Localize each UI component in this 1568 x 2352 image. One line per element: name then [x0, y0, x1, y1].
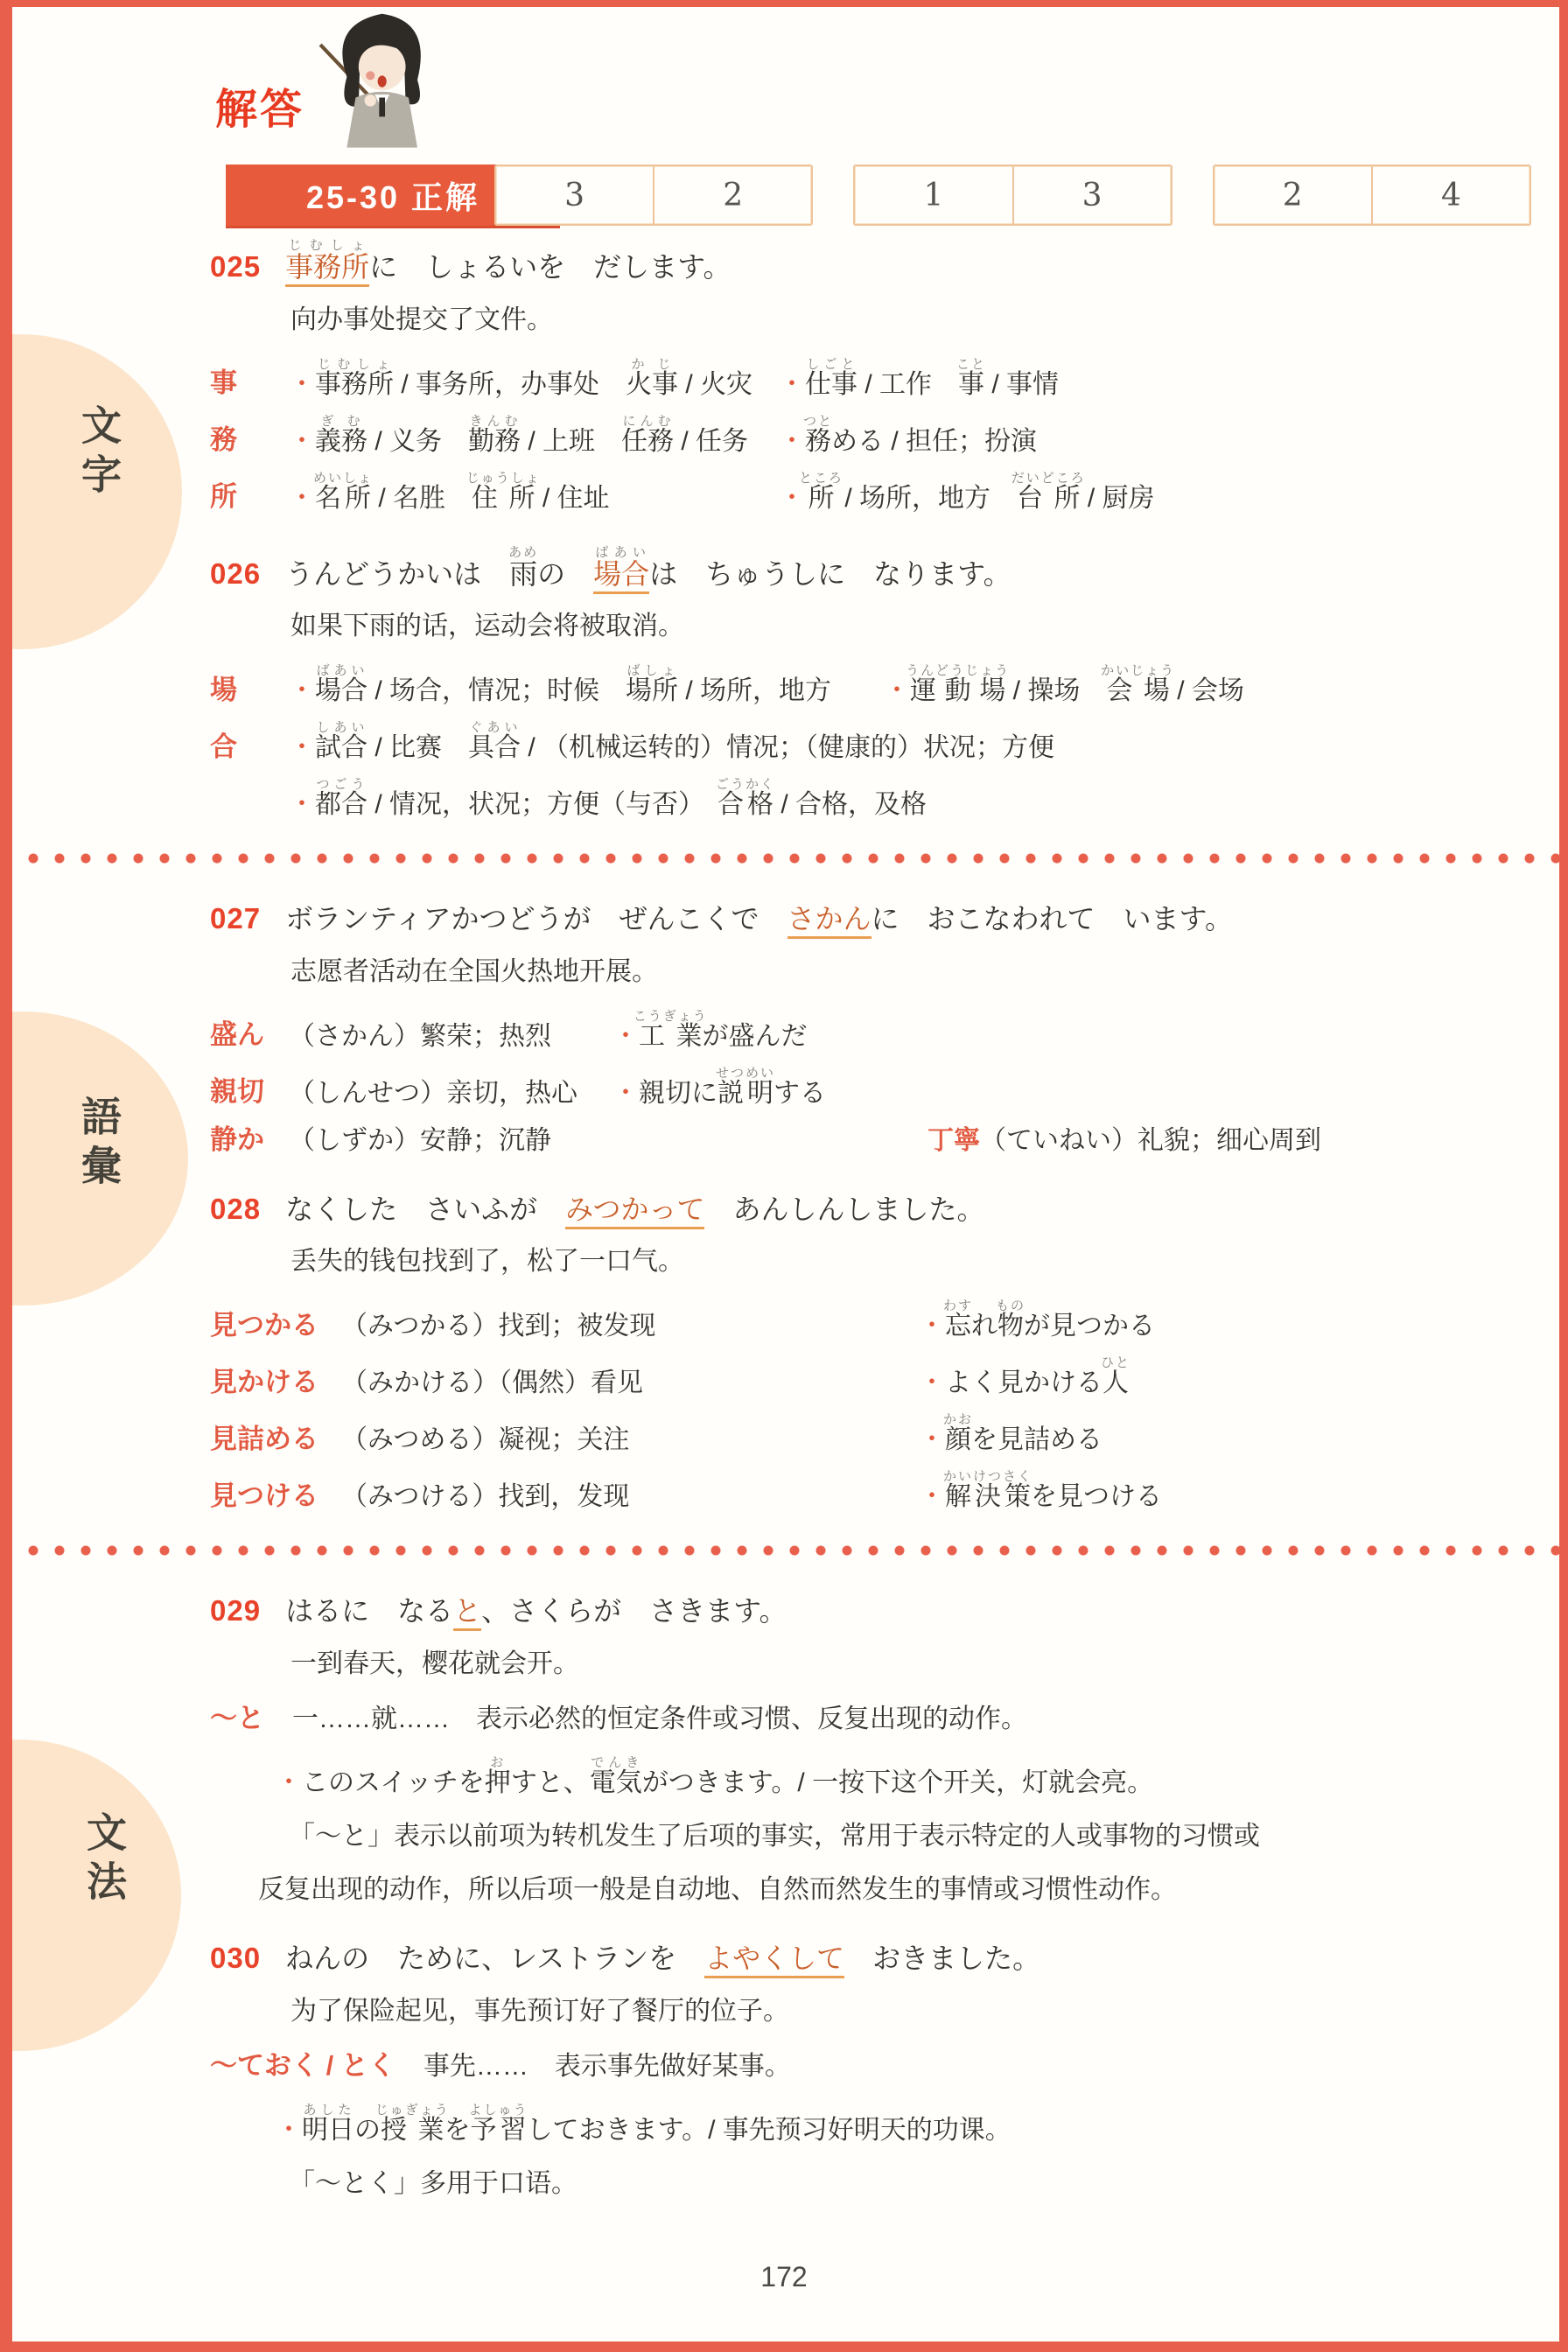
entry-cell: （みかける）（偶然）看见	[341, 1366, 919, 1400]
question-line: 028なくした さいふが みつかって あんしんしました。	[210, 1187, 1533, 1231]
entry-cell: （しんせつ）亲切，热心	[289, 1076, 612, 1110]
entry-label: ～と	[210, 1701, 264, 1736]
section-028: 028なくした さいふが みつかって あんしんしました。丢失的钱包找到了，松了一…	[210, 1187, 1533, 1515]
text-segment: 一……就…… 表示必然的恒定条件或习惯、反复出现的动作。	[292, 1704, 1027, 1733]
text-segment: / 义务	[367, 427, 468, 456]
text-segment: 押お	[485, 1768, 511, 1797]
text-segment: 火事かじ	[626, 370, 678, 399]
mouth	[378, 75, 387, 87]
entry-row: 見つかる（みつかる）找到；被发现・忘わすれ物ものが見つかる	[210, 1298, 1533, 1343]
text-segment: / 住址	[535, 484, 610, 513]
answer-group: 32	[494, 164, 813, 226]
text-segment: 明日あした	[302, 2116, 354, 2145]
content: 025事務所じむしょに しょるいを だします。向办事处提交了文件。事・事務所じむ…	[210, 238, 1533, 2230]
text-segment: （さかん）繁荣；热烈	[289, 1022, 551, 1051]
entry-row: 静か（しずか）安静；沉静丁寧（ていねい）礼貌；细心周到	[210, 1123, 1533, 1158]
entry-label: 盛ん	[210, 1018, 289, 1053]
entry-label: 見つける	[210, 1479, 341, 1514]
entry-label: 所	[210, 479, 289, 514]
entry-label: 事	[210, 366, 289, 401]
entry-row: ・都合つごう / 情况，状况；方便（与否） 合格ごうかく / 合格，及格	[210, 777, 1533, 822]
entry-row: 反复出现的动作，所以后项一般是自动地、自然而然发生的事情或习惯性动作。	[258, 1872, 1533, 1907]
entry-cell: ・仕事しごと / 工作 事こと / 事情	[779, 357, 1059, 402]
sidebar-label-goi: 語彙	[70, 1095, 128, 1193]
text-segment: （ていねい）礼貌；细心周到	[980, 1126, 1321, 1155]
underlined-answer-word: さかん	[787, 903, 871, 939]
blush	[366, 71, 374, 80]
entry-cell: ・試合しあい / 比赛 具合ぐあい / （机械运转的）情况；（健康的）状况；方便	[289, 720, 1054, 765]
text-segment: ・	[276, 2116, 302, 2145]
text-segment: 試合しあい	[315, 733, 367, 762]
text-segment: 住所じゅうしょ	[472, 484, 535, 513]
text-segment: （しずか）安静；沉静	[289, 1126, 551, 1155]
text-segment: ・	[289, 733, 315, 762]
text-segment: 場所ばしょ	[626, 676, 678, 705]
entry-label: 見詰める	[210, 1422, 341, 1457]
text-segment: 台所だいどころ	[1017, 484, 1081, 513]
text-segment: ・	[289, 370, 315, 399]
answer-groups: 321324	[494, 164, 1531, 226]
text-segment: する	[773, 1079, 826, 1108]
text-segment: （みつめる）凝视；关注	[341, 1425, 629, 1454]
question-text: はるに なると、さくらが さきます。	[285, 1595, 787, 1631]
entry-row: ・明日あしたの授業じゅぎょうを予習よしゅうしておきます。/ 事先预习好明天的功课…	[276, 2103, 1533, 2147]
text-segment: うんどうかいは	[285, 558, 509, 590]
question-number: 027	[210, 902, 261, 934]
text-segment: が見つかる	[1024, 1312, 1155, 1340]
question-text: なくした さいふが みつかって あんしんしました。	[285, 1193, 984, 1229]
question-text: ねんの ために、レストランを よやくして おきました。	[285, 1942, 1040, 1978]
text-segment: / 火灾	[678, 370, 752, 399]
translation-text: 如果下雨的话，运动会将被取消。	[290, 604, 1533, 642]
question-number: 029	[210, 1594, 261, 1627]
entry-cell: 「～と」表示以前项为转机发生了后项的事实，常用于表示特定的人或事物的习惯或	[289, 1819, 1260, 1853]
text-segment: 義務ぎむ	[315, 427, 367, 456]
entry-row: 見詰める（みつめる）凝视；关注・顔かおを見詰める	[210, 1412, 1533, 1457]
translation-text: 向办事处提交了文件。	[290, 297, 1533, 336]
text-segment: ・	[289, 484, 315, 513]
page-title: 解答	[215, 75, 304, 136]
text-segment: ・	[919, 1425, 945, 1454]
text-segment: （みつける）找到，发现	[341, 1482, 629, 1511]
answer-cell: 3	[1012, 166, 1171, 224]
question-number: 028	[210, 1193, 261, 1225]
entry-cell: 事先…… 表示事先做好某事。	[423, 2049, 791, 2083]
entry-cell: 丁寧（ていねい）礼貌；细心周到	[927, 1123, 1321, 1158]
question-line: 030ねんの ために、レストランを よやくして おきました。	[210, 1936, 1533, 1980]
text-segment: 反复出现的动作，所以后项一般是自动地、自然而然发生的事情或习惯性动作。	[258, 1875, 1177, 1904]
text-segment: よく見かける	[945, 1368, 1102, 1397]
entry-cell: ・所ところ / 场所，地方 台所だいどころ / 厨房	[779, 471, 1155, 515]
text-segment: 具合ぐあい	[468, 733, 521, 762]
text-segment: 、さくらが さきます。	[481, 1595, 787, 1627]
section-029: 029はるに なると、さくらが さきます。一到春天，樱花就会开。～と一……就………	[210, 1589, 1533, 1907]
text-segment: 名所めいしょ	[315, 484, 371, 513]
translation-text: 为了保险起见，事先预订好了餐厅的位子。	[290, 1989, 1533, 2027]
text-segment: / 合格，及格	[773, 790, 927, 819]
text-segment: 「～と」表示以前项为转机发生了后项的事实，常用于表示特定的人或事物的习惯或	[289, 1822, 1260, 1851]
text-segment: を見つける	[1031, 1482, 1162, 1511]
entry-cell: ・務つとめる / 担任；扮演	[779, 414, 1037, 458]
entry-cell: 反复出现的动作，所以后项一般是自动地、自然而然发生的事情或习惯性动作。	[258, 1872, 1177, 1907]
text-segment: を	[444, 2116, 471, 2145]
text-segment: 事務所じむしょ	[315, 370, 394, 399]
entry-label: 親切	[210, 1074, 289, 1109]
text-segment: 工業こうぎょう	[639, 1022, 703, 1051]
question-line: 026うんどうかいは 雨あめの 場合ばあいは ちゅうしに なります。	[210, 545, 1533, 596]
page-border-left	[0, 0, 12, 2352]
entry-label: 見かける	[210, 1365, 341, 1400]
underlined-answer-word: よやくして	[704, 1942, 844, 1978]
text-segment: ・	[289, 427, 315, 456]
translation-text: 丢失的钱包找到了，松了一口气。	[290, 1239, 1533, 1277]
entry-row: 見かける（みかける）（偶然）看见・よく見かける人ひと	[210, 1355, 1533, 1400]
answer-cell: 3	[496, 166, 653, 224]
text-segment: の	[537, 558, 593, 590]
entry-cell: ・運動場うんどうじょう / 操场 会場かいじょう / 会场	[884, 663, 1244, 708]
section-027: 027ボランティアかつどうが ぜんこくで さかんに おこなわれて います。志愿者…	[210, 897, 1533, 1158]
text-segment: ・	[779, 427, 805, 456]
text-segment: ・	[289, 790, 315, 819]
page-border-right	[1559, 0, 1568, 2352]
entry-cell: ・よく見かける人ひと	[919, 1355, 1130, 1400]
page-number: 172	[0, 2261, 1568, 2293]
sidebar-label-moji: 文字	[70, 404, 128, 502]
page-border-bottom	[0, 2341, 1568, 2352]
question-number: 030	[210, 1942, 261, 1974]
question-line: 027ボランティアかつどうが ぜんこくで さかんに おこなわれて います。	[210, 897, 1533, 941]
dotted-divider	[0, 1543, 1568, 1557]
text-segment: / 会场	[1170, 676, 1244, 705]
text-segment: ・	[919, 1368, 945, 1397]
text-segment: ねんの ために、レストランを	[285, 1942, 704, 1974]
text-segment: 物もの	[997, 1312, 1024, 1340]
text-segment: 顔かお	[945, 1425, 971, 1454]
text-segment: 忘わす	[945, 1312, 971, 1340]
question-text: うんどうかいは 雨あめの 場合ばあいは ちゅうしに なります。	[285, 558, 1011, 594]
entry-cell: （みつめる）凝视；关注	[341, 1423, 919, 1457]
text-segment: 説明せつめい	[717, 1079, 773, 1108]
entry-cell: （しずか）安静；沉静	[289, 1123, 927, 1158]
text-segment: / 名胜	[371, 484, 472, 513]
text-segment: （みかける）（偶然）看见	[341, 1368, 643, 1397]
text-segment: ボランティアかつどうが ぜんこくで	[285, 903, 787, 934]
entry-cell: ・顔かおを見詰める	[919, 1412, 1102, 1457]
entry-cell: ・事務所じむしょ / 事务所，办事处 火事かじ / 火灾	[289, 357, 779, 402]
text-segment: 事こと	[958, 370, 984, 399]
entry-row: ・このスイッチを押おすと、電気でんきがつきます。/ 一按下这个开关，灯就会亮。	[276, 1755, 1533, 1800]
dotted-divider	[0, 851, 1568, 865]
text-segment: 合格ごうかく	[717, 790, 773, 819]
text-segment: 都合つごう	[315, 790, 367, 819]
question-text: ボランティアかつどうが ぜんこくで さかんに おこなわれて います。	[285, 903, 1233, 939]
text-segment: 運動場うんどうじょう	[910, 676, 1005, 705]
entry-cell: ・名所めいしょ / 名胜 住所じゅうしょ / 住址	[289, 471, 779, 515]
entry-cell: （さかん）繁荣；热烈	[289, 1019, 612, 1053]
entry-cell: ・このスイッチを押おすと、電気でんきがつきます。/ 一按下这个开关，灯就会亮。	[276, 1755, 1153, 1800]
text-segment: / 厨房	[1081, 484, 1155, 513]
entry-cell: 一……就…… 表示必然的恒定条件或习惯、反复出现的动作。	[292, 1702, 1027, 1736]
tie	[379, 98, 385, 117]
text-segment: ・	[919, 1312, 945, 1340]
entry-row: 「～とく」多用于口语。	[289, 2166, 1533, 2201]
text-segment: ・	[612, 1079, 639, 1108]
text-segment: 任務にんむ	[621, 427, 674, 456]
text-segment: しておきます。/ 事先预习好明天的功课。	[527, 2116, 1011, 2145]
text-segment: 事先…… 表示事先做好某事。	[423, 2052, 791, 2081]
underlined-answer-word: 事務所じむしょ	[285, 251, 369, 287]
entry-cell: 「～とく」多用于口语。	[289, 2166, 577, 2201]
translation-text: 一到春天，樱花就会开。	[290, 1641, 1533, 1680]
entry-cell: ・都合つごう / 情况，状况；方便（与否） 合格ごうかく / 合格，及格	[289, 777, 927, 822]
entry-cell: ・工業こうぎょうが盛んだ	[612, 1009, 808, 1053]
entry-row: ～と一……就…… 表示必然的恒定条件或习惯、反复出现的动作。	[210, 1701, 1533, 1736]
entry-row: 合・試合しあい / 比赛 具合ぐあい / （机械运转的）情况；（健康的）状况；方…	[210, 720, 1533, 765]
entry-cell: ・解決策かいけつさくを見つける	[919, 1469, 1162, 1514]
text-segment: ・	[276, 1768, 302, 1797]
text-segment: 務つと	[805, 427, 831, 456]
underlined-answer-word: と	[453, 1595, 481, 1631]
text-segment: ・	[919, 1482, 945, 1511]
entry-cell: ・場合ばあい / 场合，情况；时候 場所ばしょ / 场所，地方	[289, 663, 884, 708]
question-number: 026	[210, 557, 261, 590]
text-segment: に おこなわれて います。	[871, 903, 1233, 934]
text-segment: を見詰める	[971, 1425, 1102, 1454]
answer-cell: 1	[855, 166, 1011, 224]
text-segment: / 场合，情况；时候	[367, 676, 626, 705]
text-segment: あんしんしました。	[704, 1193, 984, 1225]
text-segment: 予習よしゅう	[471, 2116, 527, 2145]
entry-cell: ・忘わすれ物ものが見つかる	[919, 1298, 1155, 1343]
answer-key-label: 25-30 正解	[306, 173, 479, 218]
text-segment: める / 担任；扮演	[831, 427, 1037, 456]
entry-label: 見つかる	[210, 1308, 341, 1343]
text-segment: / （机械运转的）情况；（健康的）状况；方便	[521, 733, 1054, 762]
text-segment: / 场所，地方	[678, 676, 831, 705]
text-segment: はるに なる	[285, 1595, 453, 1627]
underlined-answer-word: みつかって	[565, 1193, 704, 1229]
section-030: 030ねんの ために、レストランを よやくして おきました。为了保险起见，事先预…	[210, 1936, 1533, 2201]
text-segment: すと、	[511, 1768, 590, 1797]
text-segment: がつきます。/ 一按下这个开关，灯就会亮。	[642, 1768, 1153, 1797]
text-segment: / 任务	[674, 427, 748, 456]
text-segment: 丁寧	[927, 1126, 980, 1155]
entry-row: 親切（しんせつ）亲切，热心・親切に説明せつめいする	[210, 1066, 1533, 1110]
text-segment: に しょるいを だします。	[369, 251, 731, 283]
entry-cell: （みつける）找到，发现	[341, 1480, 919, 1514]
entry-cell: （みつかる）找到；被发现	[341, 1309, 919, 1343]
text-segment: 勤務きんむ	[468, 427, 521, 456]
text-segment: ・	[289, 676, 315, 705]
text-segment: / 事务所，办事处	[394, 370, 626, 399]
text-segment: 会場かいじょう	[1106, 676, 1170, 705]
text-segment: （しんせつ）亲切，热心	[289, 1079, 577, 1108]
text-segment: このスイッチを	[302, 1768, 485, 1797]
entry-cell: ・明日あしたの授業じゅぎょうを予習よしゅうしておきます。/ 事先预习好明天的功课…	[276, 2103, 1011, 2147]
text-segment: れ	[971, 1312, 997, 1340]
entry-label: 合	[210, 730, 289, 765]
text-segment: 仕事しごと	[805, 370, 857, 399]
entry-row: 見つける（みつける）找到，发现・解決策かいけつさくを見つける	[210, 1469, 1533, 1514]
entry-row: 務・義務ぎむ / 义务 勤務きんむ / 上班 任務にんむ / 任务・務つとめる …	[210, 414, 1533, 458]
text-segment: 人ひと	[1102, 1368, 1130, 1397]
entry-row: ～ておく / とく事先…… 表示事先做好某事。	[210, 2048, 1533, 2083]
entry-label: ～ておく / とく	[210, 2048, 395, 2083]
answer-cell: 2	[653, 166, 811, 224]
text-segment: 所ところ	[805, 484, 837, 513]
text-segment: / 比赛	[367, 733, 468, 762]
question-line: 029はるに なると、さくらが さきます。	[210, 1589, 1533, 1633]
entry-row: 盛ん（さかん）繁荣；热烈・工業こうぎょうが盛んだ	[210, 1009, 1533, 1053]
translation-text: 志愿者活动在全国火热地开展。	[290, 949, 1533, 988]
sidebar-label-bunpo: 文法	[75, 1811, 133, 1909]
text-segment: 雨あめ	[509, 558, 537, 590]
entry-row: 事・事務所じむしょ / 事务所，办事处 火事かじ / 火灾・仕事しごと / 工作…	[210, 357, 1533, 402]
text-segment: ・	[779, 370, 805, 399]
text-segment: / 上班	[521, 427, 621, 456]
text-segment: なくした さいふが	[285, 1193, 565, 1225]
text-segment: 場合ばあい	[315, 676, 367, 705]
question-line: 025事務所じむしょに しょるいを だします。	[210, 238, 1533, 289]
entry-row: 「～と」表示以前项为转机发生了后项的事实，常用于表示特定的人或事物的习惯或	[289, 1819, 1533, 1853]
answer-cell: 4	[1371, 166, 1529, 224]
question-text: 事務所じむしょに しょるいを だします。	[285, 251, 731, 287]
text-segment: （みつかる）找到；被发现	[341, 1312, 655, 1340]
text-segment: が盛んだ	[703, 1022, 808, 1051]
underlined-answer-word: 場合ばあい	[593, 558, 649, 594]
entry-label: 場	[210, 673, 289, 708]
text-segment: 電気でんき	[590, 1768, 642, 1797]
entry-label: 静か	[210, 1123, 289, 1158]
entry-cell: ・親切に説明せつめいする	[612, 1066, 826, 1110]
text-segment: / 操场	[1005, 676, 1106, 705]
entry-row: 所・名所めいしょ / 名胜 住所じゅうしょ / 住址・所ところ / 场所，地方 …	[210, 471, 1533, 515]
page-border-top	[0, 0, 1568, 7]
text-segment: は ちゅうしに なります。	[649, 558, 1011, 590]
textbook-page: { "title": "解答", "page_number": "172", "…	[0, 0, 1568, 2352]
answer-cell: 2	[1214, 166, 1371, 224]
hand	[365, 94, 376, 106]
text-segment: おきました。	[844, 1942, 1040, 1974]
entry-row: 場・場合ばあい / 场合，情况；时候 場所ばしょ / 场所，地方・運動場うんどう…	[210, 663, 1533, 708]
text-segment: / 情况，状况；方便（与否）	[367, 790, 717, 819]
mascot-illustration	[299, 3, 462, 150]
answer-group: 24	[1213, 164, 1531, 226]
text-segment: / 事情	[984, 370, 1059, 399]
entry-label: 務	[210, 423, 289, 458]
text-segment: 親切に	[639, 1079, 717, 1108]
text-segment: / 场所，地方	[837, 484, 1017, 513]
entry-cell: ・義務ぎむ / 义务 勤務きんむ / 上班 任務にんむ / 任务	[289, 414, 779, 458]
question-number: 025	[210, 250, 261, 283]
section-026: 026うんどうかいは 雨あめの 場合ばあいは ちゅうしに なります。如果下雨的话…	[210, 545, 1533, 822]
section-025: 025事務所じむしょに しょるいを だします。向办事处提交了文件。事・事務所じむ…	[210, 238, 1533, 515]
text-segment: 授業じゅぎょう	[381, 2116, 444, 2145]
text-segment: / 工作	[857, 370, 958, 399]
text-segment: 解決策かいけつさく	[945, 1482, 1031, 1511]
answer-group: 13	[853, 164, 1172, 226]
text-segment: 「～とく」多用于口语。	[289, 2169, 577, 2198]
